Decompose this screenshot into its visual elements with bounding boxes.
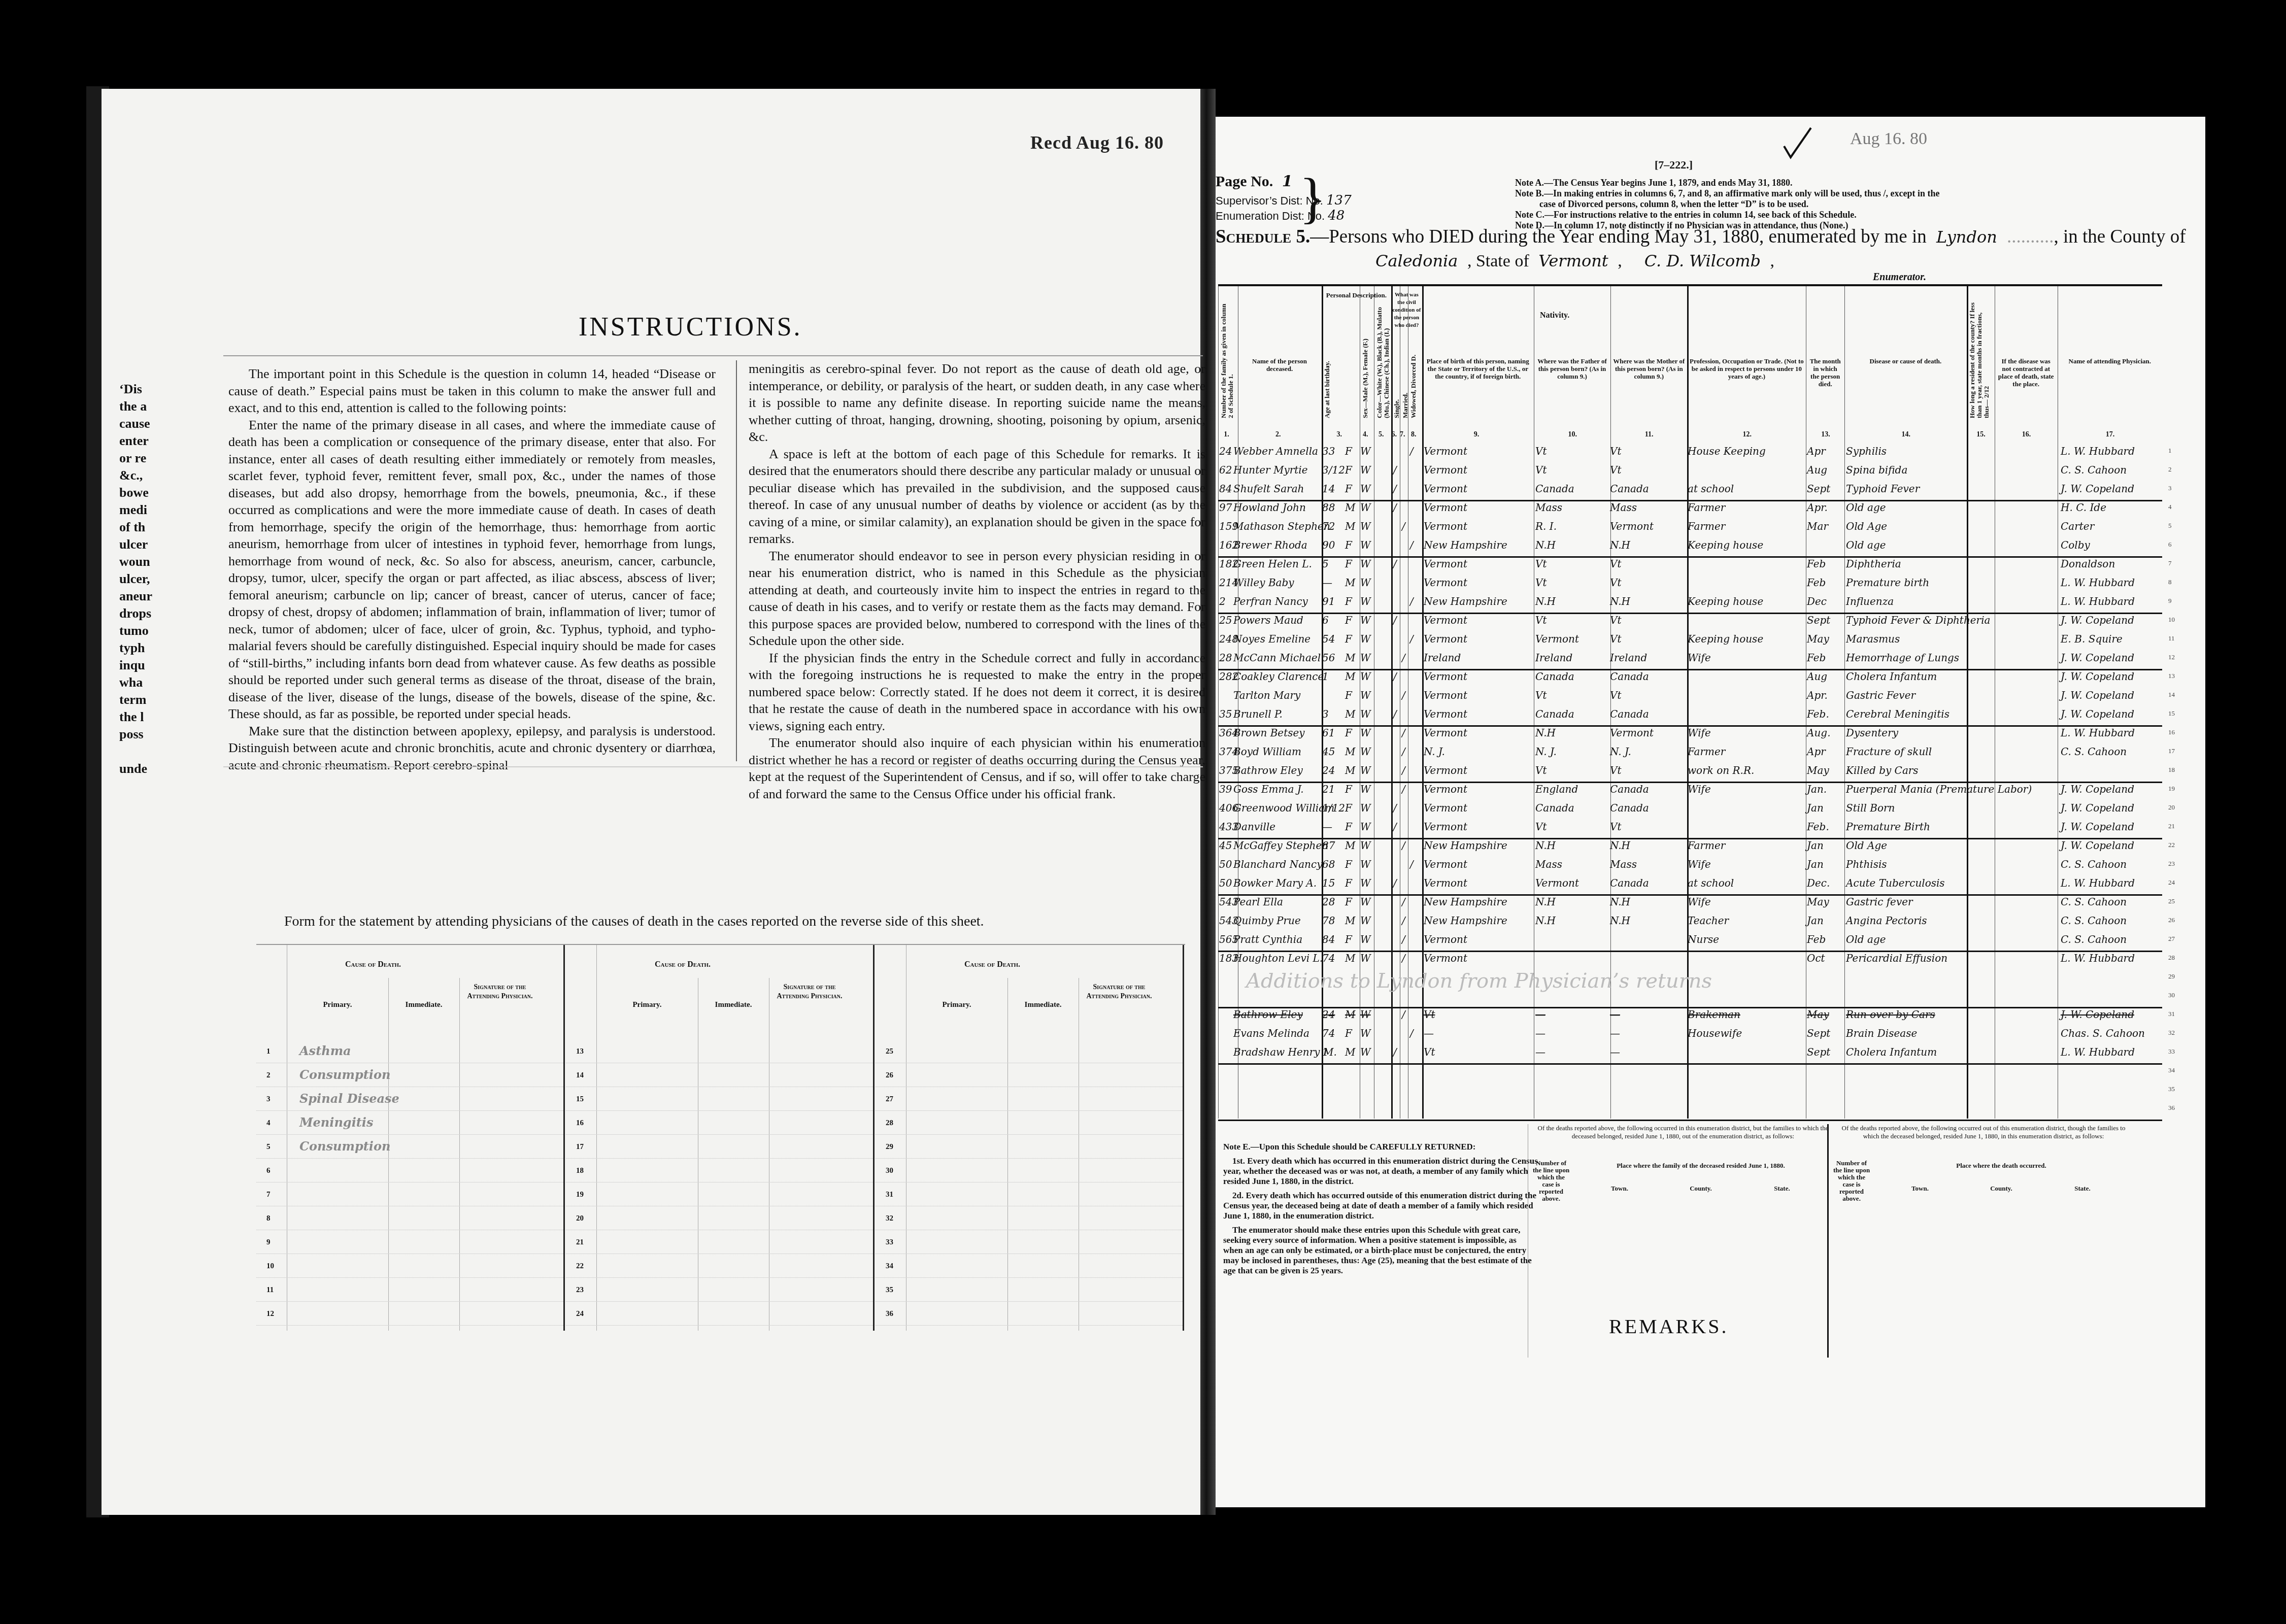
cell-birth: Ireland xyxy=(1424,652,1461,664)
table-row: 159Mathason Stephen72MW/VermontR. I.Verm… xyxy=(1218,519,2162,537)
cell-civil: / xyxy=(1402,1008,1405,1021)
column-number: 5. xyxy=(1379,431,1384,439)
cell-sex: M xyxy=(1345,520,1355,532)
cell-month: Aug xyxy=(1807,464,1827,476)
cell-cause: Marasmus xyxy=(1846,633,1900,645)
cell-month: Feb xyxy=(1807,933,1826,945)
column-header: Where was the Father of this person born… xyxy=(1536,357,1608,380)
column-header: Number of the family as given in column … xyxy=(1220,301,1234,418)
line-number: 18 xyxy=(576,1167,584,1175)
nativity-header: Nativity. xyxy=(1422,312,1688,319)
cell-month: Feb. xyxy=(1807,821,1829,833)
physician-form-row: 13 xyxy=(566,1041,873,1063)
cell-age: 72 xyxy=(1322,520,1335,532)
instruction-paragraph: The important point in this Schedule is … xyxy=(228,365,716,417)
cell-birth: Vt xyxy=(1424,1046,1435,1058)
line-number: 24 xyxy=(2168,878,2175,887)
cell-birth: Vermont xyxy=(1424,520,1467,532)
cell-father: Mass xyxy=(1535,501,1562,514)
cell-sex: F xyxy=(1345,821,1352,833)
line-number: 36 xyxy=(886,1310,893,1318)
form-number: [7–222.] xyxy=(1655,158,1693,172)
cell-name: Coakley Clarence xyxy=(1233,670,1324,683)
line-number: 32 xyxy=(886,1214,893,1223)
bleed-fragment: or re xyxy=(119,450,155,467)
table-row: 50Blanchard Nancy68FW/VermontMassMassWif… xyxy=(1218,857,2162,875)
cell-mother: Canada xyxy=(1610,483,1649,495)
line-number: 2 xyxy=(266,1071,271,1080)
cell-father: — xyxy=(1535,1046,1545,1058)
cell-father: Mass xyxy=(1535,858,1562,870)
physician-form-row: 6 xyxy=(256,1161,563,1182)
cell-mother: N.H xyxy=(1610,839,1630,852)
table-row: Evans Melinda74FW/———HousewifeSeptBrain … xyxy=(1218,1026,2162,1044)
cell-civil: / xyxy=(1402,896,1405,908)
cell-civil: / xyxy=(1410,539,1414,551)
cell-occupation: Farmer xyxy=(1688,839,1725,852)
cell-occupation: Farmer xyxy=(1688,746,1725,758)
state-field: Vermont xyxy=(1533,251,1613,270)
cell-mother: Canada xyxy=(1610,708,1649,720)
cell-occupation: Wife xyxy=(1688,858,1711,870)
cell-cause: Typhoid Fever xyxy=(1846,483,1920,495)
signature-header: Signature of the Attending Physician. xyxy=(771,983,848,1001)
cell-father: Canada xyxy=(1535,670,1574,683)
line-number: 33 xyxy=(2168,1047,2175,1056)
cell-color: W xyxy=(1360,558,1371,570)
instruction-paragraph: Enter the name of the primary disease in… xyxy=(228,417,716,723)
cell-age: 14 xyxy=(1322,483,1335,495)
cell-occupation: Keeping house xyxy=(1688,595,1763,607)
divider xyxy=(223,355,1203,356)
cell-father: Vt xyxy=(1535,614,1547,626)
cell-cause: Diphtheria xyxy=(1846,558,1901,570)
line-number: 19 xyxy=(2168,785,2175,793)
cell-name: McCann Michael xyxy=(1233,652,1321,664)
cell-cause: Old Age xyxy=(1846,520,1887,532)
line-number: 1 xyxy=(2168,447,2172,455)
cell-age: 87 xyxy=(1322,839,1335,852)
cell-color: W xyxy=(1360,933,1371,945)
table-row: Bathrow Eley24MW/Vt——BrakemanMayRun over… xyxy=(1218,1007,2162,1026)
line-number: 7 xyxy=(2168,559,2172,567)
cell-occupation: Wife xyxy=(1688,652,1711,664)
cell-physician: L. W. Hubbard xyxy=(2061,577,2135,589)
cell-mother: N. J. xyxy=(1610,746,1631,758)
cell-birth: Vermont xyxy=(1424,952,1467,964)
residence-table-out-district: Of the deaths reported above, the follow… xyxy=(1827,1124,2133,1358)
physician-form-row: 27 xyxy=(876,1089,1183,1111)
physician-form-row: 29 xyxy=(876,1137,1183,1159)
cell-cause: Pericardial Effusion xyxy=(1846,952,1947,964)
cell-cause: Old Age xyxy=(1846,839,1887,852)
primary-header: Primary. xyxy=(906,1001,1007,1009)
table-row: 543Pearl Ella28FW/New HampshireN.HN.HWif… xyxy=(1218,894,2162,913)
column-number: 1. xyxy=(1224,431,1229,439)
column-number: 8. xyxy=(1411,431,1417,439)
cell-color: W xyxy=(1360,746,1371,758)
cell-civil: / xyxy=(1393,670,1397,683)
cell-physician: Chas. S. Cahoon xyxy=(2061,1027,2145,1039)
cell-mother: Vt xyxy=(1610,821,1621,833)
column-header: Profession, Occupation or Trade. (Not to… xyxy=(1689,357,1804,380)
cell-physician: J. W. Copeland xyxy=(2061,783,2134,795)
cell-name: Tarlton Mary xyxy=(1233,689,1300,701)
cell-father: Vt xyxy=(1535,558,1547,570)
cell-sex: F xyxy=(1345,877,1352,889)
instruction-paragraph: The enumerator should also inquire of ea… xyxy=(749,734,1205,802)
faint-handwritten-entry: Meningitis xyxy=(299,1115,373,1130)
cell-sex: M xyxy=(1345,577,1355,589)
column-header: Where was the Mother of this person born… xyxy=(1612,357,1685,380)
cell-sex: F xyxy=(1345,689,1352,701)
primary-header: Primary. xyxy=(596,1001,698,1009)
bleed-fragment: ulcer xyxy=(119,536,155,553)
physician-form-row: 1Asthma xyxy=(256,1041,563,1063)
cell-civil: / xyxy=(1402,915,1405,927)
line-number: 21 xyxy=(576,1238,584,1247)
cell-name: Willey Baby xyxy=(1233,577,1294,589)
physician-form-row: 3Spinal Disease xyxy=(256,1089,563,1111)
cell-father: N.H xyxy=(1535,915,1556,927)
cell-month: Sept xyxy=(1807,1046,1830,1058)
cell-color: W xyxy=(1360,877,1371,889)
cell-sex: M xyxy=(1345,652,1355,664)
cell-father: N.H xyxy=(1535,595,1556,607)
cell-cause: Fracture of skull xyxy=(1846,746,1932,758)
line-number: 4 xyxy=(2168,503,2172,511)
table-row: 543Quimby Prue78MW/New HampshireN.HN.HTe… xyxy=(1218,913,2162,932)
cell-age: 28 xyxy=(1322,896,1335,908)
cell-month: Aug xyxy=(1807,670,1827,683)
cell-age: 24 xyxy=(1322,764,1335,776)
cell-birth: Vermont xyxy=(1424,670,1467,683)
cell-birth: Vermont xyxy=(1424,708,1467,720)
line-number: 1 xyxy=(266,1047,271,1056)
cell-birth: Vermont xyxy=(1424,577,1467,589)
cell-family: 45 xyxy=(1219,839,1232,852)
cell-physician: C. S. Cahoon xyxy=(2061,896,2127,908)
remarks-title: REMARKS. xyxy=(1609,1314,1728,1338)
immediate-header: Immediate. xyxy=(1007,1001,1079,1009)
cell-birth: Vermont xyxy=(1424,689,1467,701)
table-row: 36 xyxy=(1218,1101,2162,1121)
cell-color: W xyxy=(1360,501,1371,514)
page-number: Page No. 1 xyxy=(1216,173,1293,190)
cell-cause: Hemorrhage of Lungs xyxy=(1846,652,1959,664)
line-number: 14 xyxy=(2168,691,2175,699)
cell-civil: / xyxy=(1393,501,1397,514)
cell-mother: Vt xyxy=(1610,614,1621,626)
cell-occupation: Teacher xyxy=(1688,915,1729,927)
cell-occupation: Nurse xyxy=(1688,933,1719,945)
cell-physician: Donaldson xyxy=(2061,558,2115,570)
table-row: 162Brewer Rhoda90FW/New HampshireN.HN.HK… xyxy=(1218,537,2162,558)
cell-civil: / xyxy=(1402,952,1405,964)
physician-form-section: Cause of Death.Primary.Immediate.Signatu… xyxy=(876,945,1184,1331)
cell-physician: J. W. Copeland xyxy=(2061,839,2134,852)
line-number: 15 xyxy=(2168,709,2175,718)
cell-sex: F xyxy=(1345,802,1352,814)
cell-color: W xyxy=(1360,1027,1371,1039)
cell-birth: New Hampshire xyxy=(1424,896,1507,908)
cell-month: Sept xyxy=(1807,1027,1830,1039)
cell-physician: C. S. Cahoon xyxy=(2061,464,2127,476)
instruction-paragraph: If the physician finds the entry in the … xyxy=(749,650,1205,735)
table-row: 97Howland John88MW/VermontMassMassFarmer… xyxy=(1218,500,2162,519)
cell-birth: New Hampshire xyxy=(1424,839,1507,852)
line-number: 22 xyxy=(2168,841,2175,849)
cell-occupation: Farmer xyxy=(1688,520,1725,532)
cell-family: 62 xyxy=(1219,464,1232,476)
cell-color: W xyxy=(1360,445,1371,457)
cell-civil: / xyxy=(1393,558,1397,570)
table-row: 433Danville—FW/VermontVtVtFeb.Premature … xyxy=(1218,819,2162,839)
cell-father: Vt xyxy=(1535,689,1547,701)
physician-form-row: 5Consumption xyxy=(256,1137,563,1159)
cell-civil: / xyxy=(1393,483,1397,495)
cell-sex: M xyxy=(1345,952,1355,964)
cell-color: W xyxy=(1360,633,1371,645)
bleed-fragment: woun xyxy=(119,553,155,570)
cell-name: Blanchard Nancy xyxy=(1233,858,1322,870)
line-number: 29 xyxy=(2168,972,2175,980)
column-number: 3. xyxy=(1336,431,1342,439)
bleed-fragment: drops xyxy=(119,605,155,622)
cell-cause: Gastric Fever xyxy=(1846,689,1915,701)
brace-decoration: } xyxy=(1299,170,1326,226)
cause-of-death-header: Cause of Death. xyxy=(596,960,769,969)
cell-name: Perfran Nancy xyxy=(1233,595,1308,607)
cell-name: Green Helen L. xyxy=(1233,558,1312,570)
cell-age: 90 xyxy=(1322,539,1335,551)
instruction-paragraph: A space is left at the bottom of each pa… xyxy=(749,446,1205,548)
line-number: 5 xyxy=(2168,522,2172,530)
cell-physician: L. W. Hubbard xyxy=(2061,727,2135,739)
cell-color: W xyxy=(1360,652,1371,664)
faint-handwritten-entry: Spinal Disease xyxy=(299,1091,399,1106)
cell-sex: F xyxy=(1345,539,1352,551)
cell-civil: / xyxy=(1402,764,1405,776)
bleed-fragment: aneur xyxy=(119,588,155,605)
cell-cause: Acute Tuberculosis xyxy=(1846,877,1945,889)
cell-physician: J. W. Copeland xyxy=(2061,821,2134,833)
cell-name: Mathason Stephen xyxy=(1233,520,1330,532)
cell-color: W xyxy=(1360,520,1371,532)
table-row: 248Noyes Emeline54FW/VermontVermontVtKee… xyxy=(1218,631,2162,650)
cell-color: W xyxy=(1360,595,1371,607)
line-number: 29 xyxy=(886,1143,893,1152)
line-number: 22 xyxy=(576,1262,584,1271)
cell-month: Jan xyxy=(1807,802,1824,814)
line-number: 20 xyxy=(576,1214,584,1223)
table-row: 24Webber Amnella33FW/VermontVtVtHouse Ke… xyxy=(1218,444,2162,462)
table-row: 183Houghton Levi L.74MW/VermontOctPerica… xyxy=(1218,951,2162,969)
cell-physician: H. C. Ide xyxy=(2061,501,2106,514)
cell-sex: F xyxy=(1345,595,1352,607)
line-number: 26 xyxy=(2168,916,2175,924)
physician-form-row: 10 xyxy=(256,1256,563,1278)
note-e: Note E.—Upon this Schedule should be CAR… xyxy=(1223,1142,1538,1280)
cell-age: 88 xyxy=(1322,501,1335,514)
column-header: Age at last birthday. xyxy=(1324,301,1331,418)
cell-name: Bathrow Eley xyxy=(1233,764,1303,776)
cell-physician: L. W. Hubbard xyxy=(2061,1046,2135,1058)
column-number: 12. xyxy=(1742,431,1752,439)
cell-birth: Vermont xyxy=(1424,933,1467,945)
cell-physician: J. W. Copeland xyxy=(2061,1008,2134,1021)
line-number: 17 xyxy=(576,1143,584,1152)
physician-form-row: 9 xyxy=(256,1232,563,1254)
physician-form-row: 24 xyxy=(566,1304,873,1326)
cell-name: Webber Amnella xyxy=(1233,445,1318,457)
cell-age: 74 xyxy=(1322,952,1335,964)
cell-family: 50 xyxy=(1219,877,1232,889)
line-number: 28 xyxy=(886,1119,893,1128)
cell-occupation: Brakeman xyxy=(1688,1008,1740,1021)
line-number: 27 xyxy=(886,1095,893,1104)
line-number: 18 xyxy=(2168,766,2175,774)
cell-cause: Still Born xyxy=(1846,802,1895,814)
cell-month: Apr xyxy=(1807,746,1826,758)
cell-name: McGaffey Stephen xyxy=(1233,839,1328,852)
cell-cause: Old age xyxy=(1846,501,1886,514)
bleed-fragment: ulcer, xyxy=(119,570,155,588)
cell-mother: Ireland xyxy=(1610,652,1647,664)
instruction-paragraph: Make sure that the distinction between a… xyxy=(228,723,716,774)
immediate-header: Immediate. xyxy=(388,1001,459,1009)
bleed-fragment: wha xyxy=(119,674,155,691)
cell-age: 74 xyxy=(1322,1027,1335,1039)
column-header: Sex—Male (M.), Female (F.) xyxy=(1362,301,1369,418)
cell-month: Feb xyxy=(1807,652,1826,664)
physician-form-row: 11 xyxy=(256,1280,563,1302)
cell-cause: Premature birth xyxy=(1846,577,1929,589)
cell-age: 33 xyxy=(1322,445,1335,457)
cell-family: 24 xyxy=(1219,445,1232,457)
cell-cause: Influenza xyxy=(1846,595,1894,607)
cell-mother: Canada xyxy=(1610,802,1649,814)
cell-name: Pearl Ella xyxy=(1233,896,1283,908)
instructions-title: INSTRUCTIONS. xyxy=(579,312,802,342)
cell-color: W xyxy=(1360,483,1371,495)
line-number: 11 xyxy=(2168,634,2175,642)
cell-month: Oct xyxy=(1807,952,1825,964)
physician-form-row: 32 xyxy=(876,1208,1183,1230)
cell-birth: — xyxy=(1424,1027,1434,1039)
table-row: 282Coakley Clarence1MW/VermontCanadaCana… xyxy=(1218,669,2162,688)
faint-handwritten-entry: Consumption xyxy=(299,1067,390,1082)
cell-physician: L. W. Hubbard xyxy=(2061,445,2135,457)
cell-cause: Old age xyxy=(1846,933,1886,945)
cell-name: Shufelt Sarah xyxy=(1233,483,1304,495)
cell-month: Feb xyxy=(1807,558,1826,570)
cell-sex: M xyxy=(1345,670,1355,683)
cell-name: Quimby Prue xyxy=(1233,915,1301,927)
cell-birth: Vermont xyxy=(1424,633,1467,645)
primary-header: Primary. xyxy=(287,1001,388,1009)
cell-physician: L. W. Hubbard xyxy=(2061,877,2135,889)
bleed-fragment: typh xyxy=(119,639,155,657)
cell-physician: J. W. Copeland xyxy=(2061,689,2134,701)
cell-cause: Typhoid Fever & Diphtheria xyxy=(1846,614,1991,626)
cell-civil: / xyxy=(1393,1046,1397,1058)
cell-age: — xyxy=(1322,577,1332,589)
cell-sex: M xyxy=(1345,1046,1355,1058)
cell-father: Canada xyxy=(1535,708,1574,720)
cell-civil: / xyxy=(1402,689,1405,701)
cell-name: Danville xyxy=(1233,821,1275,833)
cell-family: 97 xyxy=(1219,501,1232,514)
cell-sex: F xyxy=(1345,858,1352,870)
line-number: 6 xyxy=(2168,540,2172,549)
cell-father: — xyxy=(1535,1008,1545,1021)
cell-sex: F xyxy=(1345,483,1352,495)
bleed-fragment: tumo xyxy=(119,622,155,639)
cell-birth: Vermont xyxy=(1424,464,1467,476)
cell-mother: N.H xyxy=(1610,595,1630,607)
cell-age: 68 xyxy=(1322,858,1335,870)
signature-header: Signature of the Attending Physician. xyxy=(462,983,538,1001)
cell-color: W xyxy=(1360,783,1371,795)
line-number: 2 xyxy=(2168,465,2172,473)
cell-cause: Dysentery xyxy=(1846,727,1898,739)
cell-age: 5 xyxy=(1322,558,1329,570)
column-number: 14. xyxy=(1901,431,1910,439)
bleed-fragment: the l xyxy=(119,708,155,726)
physician-form-row: 35 xyxy=(876,1280,1183,1302)
cell-mother: Vermont xyxy=(1610,727,1654,739)
table-row: 28McCann Michael56MW/IrelandIrelandIrela… xyxy=(1218,650,2162,670)
cell-age: 54 xyxy=(1322,633,1335,645)
cell-month: Feb. xyxy=(1807,708,1829,720)
cell-age: 21 xyxy=(1322,783,1335,795)
physician-form-row: 22 xyxy=(566,1256,873,1278)
column-number: 16. xyxy=(2022,431,2031,439)
cell-father: Canada xyxy=(1535,483,1574,495)
cell-month: Dec xyxy=(1807,595,1827,607)
schedule-note: case of Divorced persons, column 8, when… xyxy=(1515,199,1940,210)
line-number: 8 xyxy=(2168,578,2172,586)
column-number: 4. xyxy=(1363,431,1368,439)
bleed-fragment: inqu xyxy=(119,657,155,674)
line-number: 21 xyxy=(2168,822,2175,830)
cell-civil: / xyxy=(1402,727,1405,739)
cell-age: 24 xyxy=(1322,1008,1335,1021)
cell-civil: / xyxy=(1410,633,1414,645)
cell-occupation: Wife xyxy=(1688,727,1711,739)
physician-form-row: 16 xyxy=(566,1113,873,1135)
cell-civil: / xyxy=(1410,445,1414,457)
cell-civil: / xyxy=(1402,652,1405,664)
cell-father: Vermont xyxy=(1535,877,1579,889)
supervisor-district: Supervisor’s Dist: No. 137 xyxy=(1216,193,1352,208)
cell-age: 45 xyxy=(1322,746,1335,758)
enumerator-name: C. D. Wilcomb xyxy=(1639,251,1766,270)
physician-form-row: 4Meningitis xyxy=(256,1113,563,1135)
physician-form-row: 14 xyxy=(566,1065,873,1087)
cause-of-death-header: Cause of Death. xyxy=(287,960,459,969)
cell-civil: / xyxy=(1410,1027,1414,1039)
cell-mother: Canada xyxy=(1610,877,1649,889)
faint-handwritten-entry: Consumption xyxy=(299,1139,390,1154)
bleed-fragment: unde xyxy=(119,760,155,777)
line-number: 11 xyxy=(266,1286,274,1295)
cell-sex: F xyxy=(1345,783,1352,795)
cell-sex: F xyxy=(1345,933,1352,945)
county-field: Caledonia xyxy=(1370,251,1463,270)
cell-mother: Canada xyxy=(1610,670,1649,683)
